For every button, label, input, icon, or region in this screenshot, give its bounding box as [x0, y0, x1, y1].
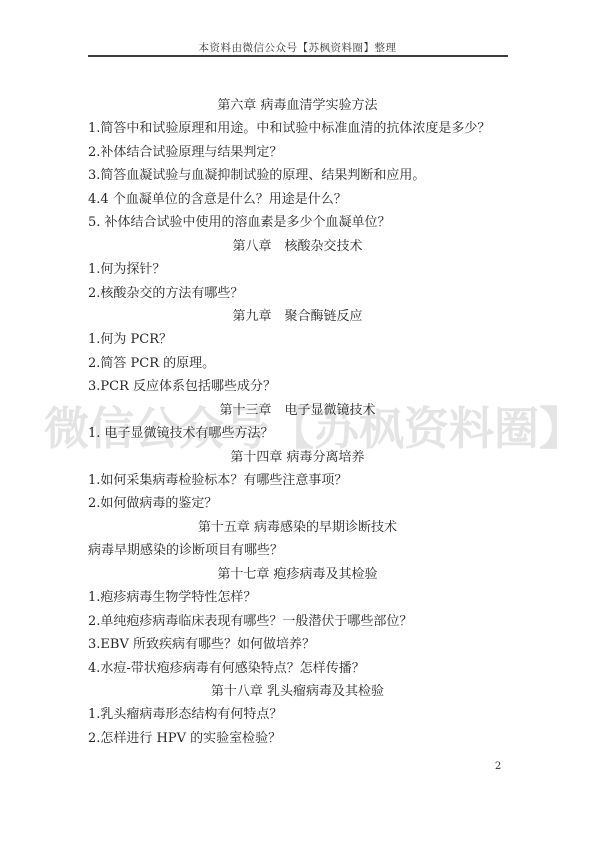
question-line: 病毒早期感染的诊断项目有哪些？: [88, 539, 507, 562]
page-number: 2: [488, 761, 508, 772]
document-page: 本资料由微信公众号【苏枫资料圈】整理 微信公众号【苏枫资料圈】 第六章 病毒血清…: [0, 0, 595, 841]
question-line: 4.4 个血凝单位的含意是什么？用途是什么？: [88, 188, 507, 211]
chapter-heading: 第十三章 电子显微镜技术: [88, 399, 507, 422]
question-line: 1.何为 PCR？: [88, 328, 507, 351]
question-line: 2.单纯疱疹病毒临床表现有哪些？一般潜伏于哪些部位？: [88, 610, 507, 633]
question-line: 1.疱疹病毒生物学特性怎样？: [88, 586, 507, 609]
chapter-heading: 第六章 病毒血清学实验方法: [88, 94, 507, 117]
chapter-heading: 第八章 核酸杂交技术: [88, 235, 507, 258]
header-rule: [88, 55, 508, 57]
question-line: 1.乳头瘤病毒形态结构有何特点？: [88, 703, 507, 726]
question-line: 1.如何采集病毒检验标本？有哪些注意事项？: [88, 469, 507, 492]
question-line: 2.如何做病毒的鉴定？: [88, 492, 507, 515]
question-line: 1.何为探针？: [88, 258, 507, 281]
question-line: 2.补体结合试验原理与结果判定？: [88, 141, 507, 164]
question-line: 2.怎样进行 HPV 的实验室检验？: [88, 727, 507, 750]
question-line: 3.PCR 反应体系包括哪些成分？: [88, 375, 507, 398]
chapter-heading: 第十七章 疱疹病毒及其检验: [88, 563, 507, 586]
question-line: 2.核酸杂交的方法有哪些？: [88, 282, 507, 305]
chapter-heading: 第十四章 病毒分离培养: [88, 446, 507, 469]
question-line: 3.EBV 所致疾病有哪些？如何做培养？: [88, 633, 507, 656]
question-line: 5. 补体结合试验中使用的溶血素是多少个血凝单位？: [88, 211, 507, 234]
question-line: 4.水痘-带状疱疹病毒有何感染特点？怎样传播？: [88, 657, 507, 680]
question-line: 3.简答血凝试验与血凝抑制试验的原理、结果判断和应用。: [88, 164, 507, 187]
document-body: 第六章 病毒血清学实验方法1.简答中和试验原理和用途。中和试验中标准血清的抗体浓…: [88, 94, 507, 750]
header-text: 本资料由微信公众号【苏枫资料圈】整理: [0, 40, 595, 55]
chapter-heading: 第九章 聚合酶链反应: [88, 305, 507, 328]
question-line: 2.简答 PCR 的原理。: [88, 352, 507, 375]
question-line: 1.简答中和试验原理和用途。中和试验中标准血清的抗体浓度是多少？: [88, 117, 507, 140]
chapter-heading: 第十八章 乳头瘤病毒及其检验: [88, 680, 507, 703]
chapter-heading: 第十五章 病毒感染的早期诊断技术: [88, 516, 507, 539]
question-line: 1. 电子显微镜技术有哪些方法？: [88, 422, 507, 445]
